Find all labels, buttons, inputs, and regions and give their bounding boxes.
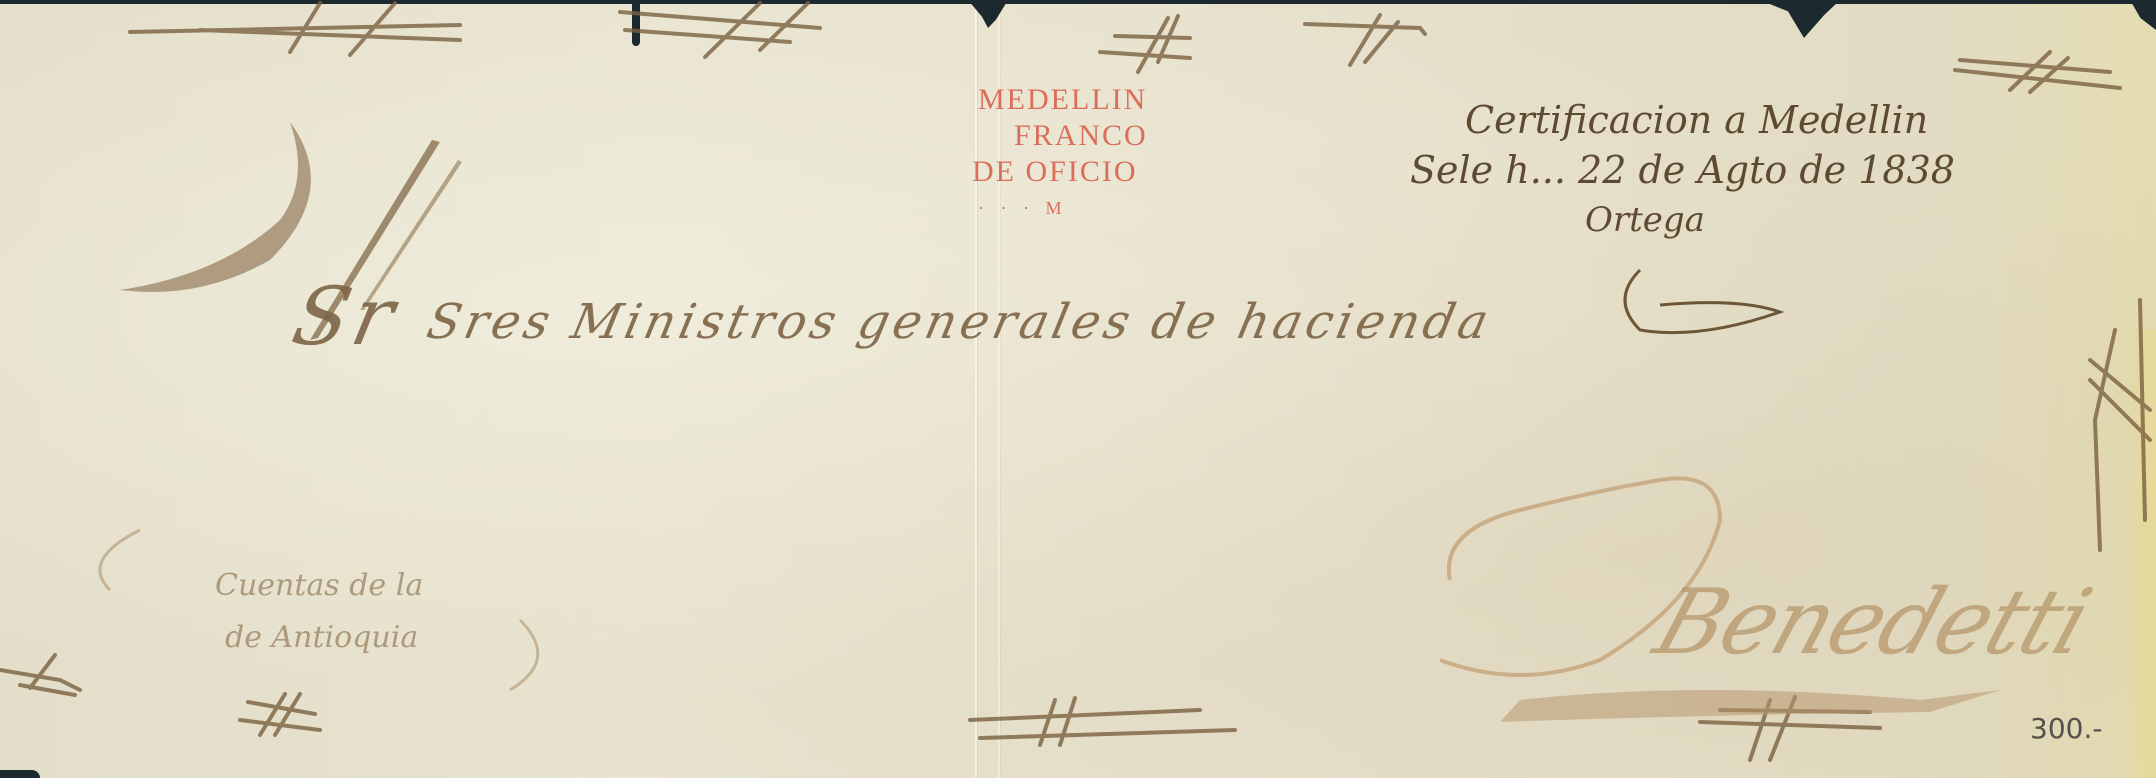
pencil-price: 300.-	[2030, 712, 2102, 745]
postmark-line: · · · M	[978, 190, 1278, 226]
postmark-line: FRANCO	[1014, 118, 1278, 154]
document-sheet: MEDELLIN FRANCO DE OFICIO · · · M Certif…	[0, 0, 2156, 778]
salutation: Sr	[285, 270, 406, 363]
docket-line: Certificacion a Medellin	[1465, 95, 1955, 145]
docket-signature: Ortega	[1585, 195, 1955, 245]
docket-line: Sele h... 22 de Agto de 1838	[1410, 145, 1955, 195]
address-text: Sres Ministros generales de hacienda	[422, 294, 1497, 350]
signature: Benedetti	[1643, 570, 2102, 675]
destination-line: Cuentas de la	[215, 560, 423, 612]
docket-note: Certificacion a Medellin Sele h... 22 de…	[1410, 95, 1955, 245]
postmark-line: DE OFICIO	[972, 154, 1278, 190]
postmark-handstamp: MEDELLIN FRANCO DE OFICIO · · · M	[978, 82, 1278, 226]
destination-note: Cuentas de la de Antioquia	[215, 560, 423, 664]
destination-line: de Antioquia	[225, 612, 423, 664]
address-line: Sr Sres Ministros generales de hacienda	[285, 270, 1502, 363]
postmark-line: MEDELLIN	[978, 82, 1278, 118]
